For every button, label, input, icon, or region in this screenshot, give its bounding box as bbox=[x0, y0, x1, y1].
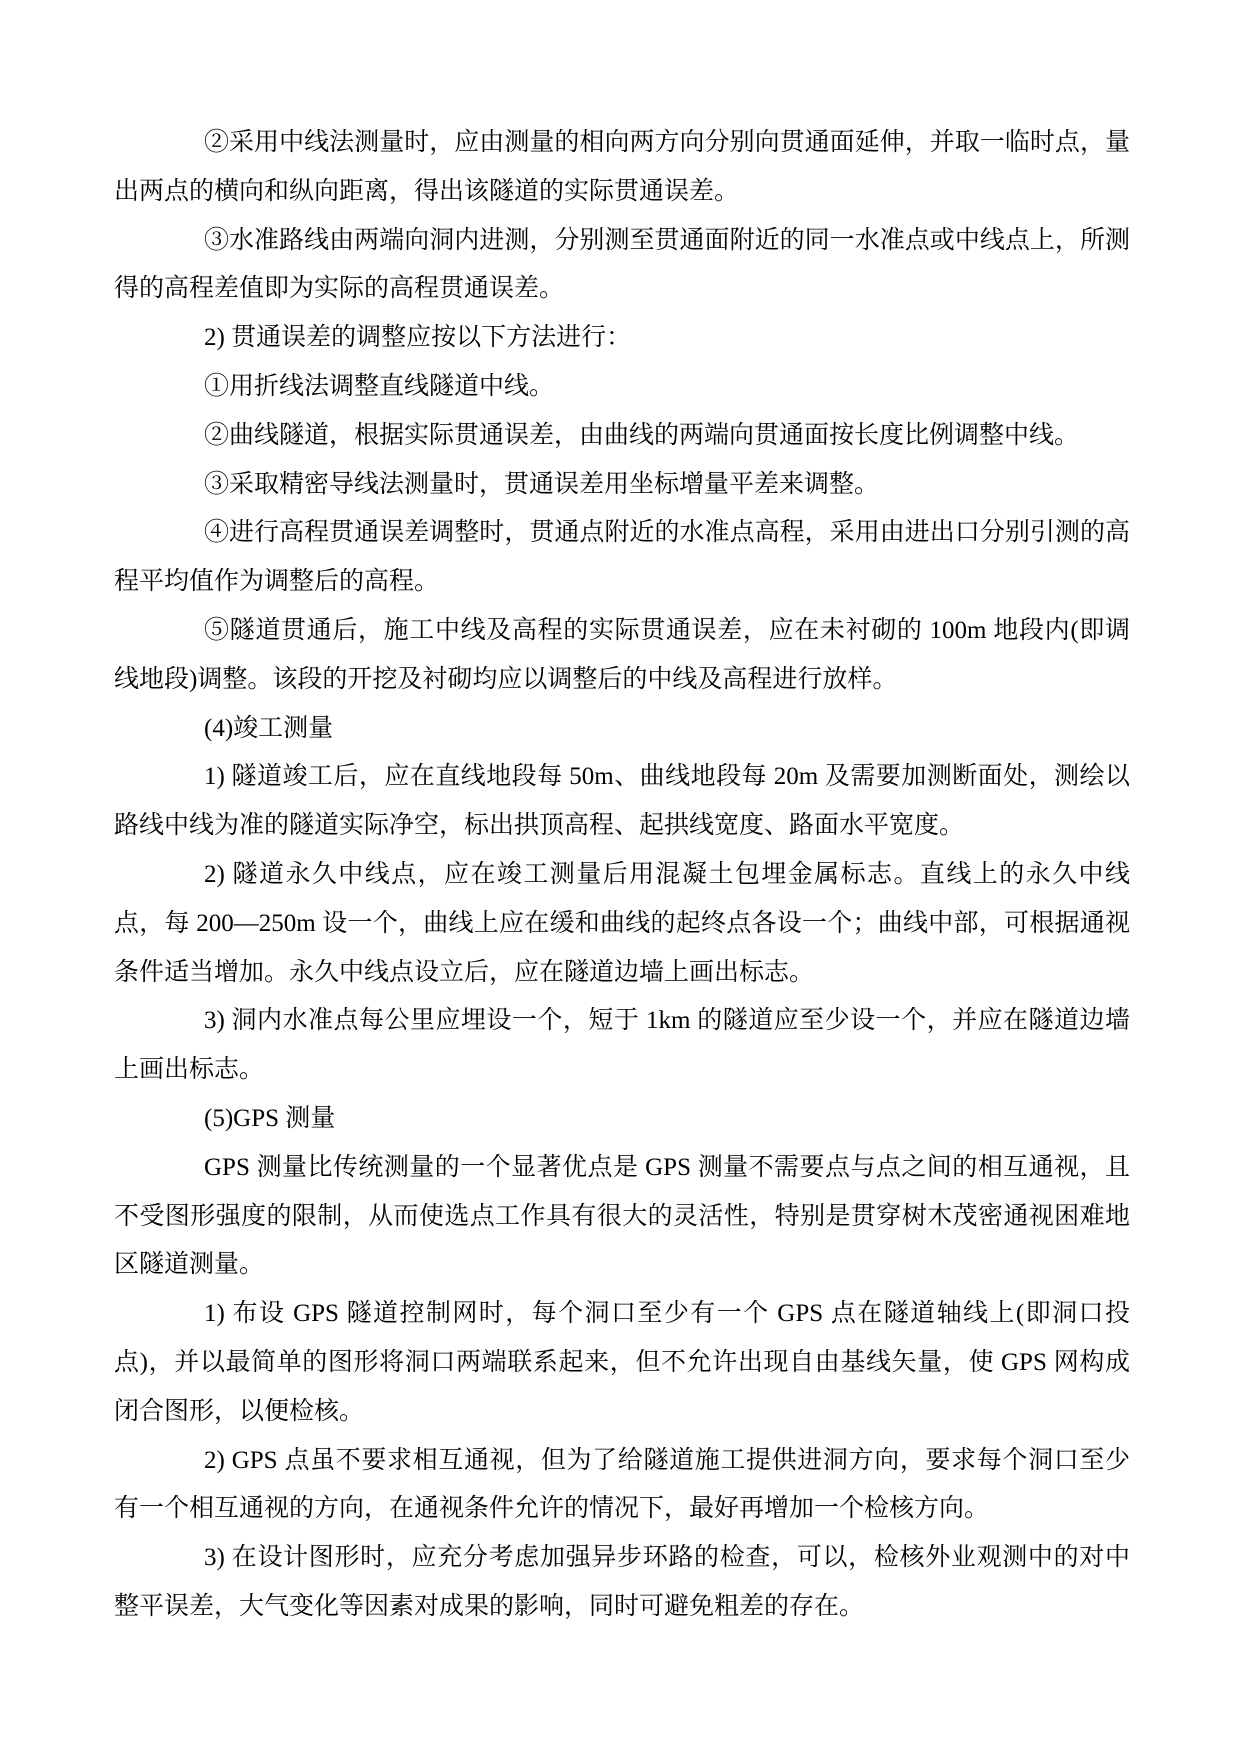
paragraph: GPS 测量比传统测量的一个显著优点是 GPS 测量不需要点与点之间的相互通视，… bbox=[114, 1144, 1130, 1290]
paragraph: ②曲线隧道，根据实际贯通误差，由曲线的两端向贯通面按长度比例调整中线。 bbox=[114, 412, 1130, 461]
paragraph: (4)竣工测量 bbox=[114, 705, 1130, 754]
paragraph: ③采取精密导线法测量时，贯通误差用坐标增量平差来调整。 bbox=[114, 461, 1130, 510]
paragraph: ①用折线法调整直线隧道中线。 bbox=[114, 363, 1130, 412]
paragraph: 2) GPS 点虽不要求相互通视，但为了给隧道施工提供进洞方向，要求每个洞口至少… bbox=[114, 1437, 1130, 1535]
paragraph: ⑤隧道贯通后，施工中线及高程的实际贯通误差，应在未衬砌的 100m 地段内(即调… bbox=[114, 607, 1130, 705]
document-page: ②采用中线法测量时，应由测量的相向两方向分别向贯通面延伸，并取一临时点，量出两点… bbox=[0, 0, 1241, 1754]
paragraph: ③水准路线由两端向洞内进测，分别测至贯通面附近的同一水准点或中线点上，所测得的高… bbox=[114, 217, 1130, 315]
paragraph: 2) 隧道永久中线点，应在竣工测量后用混凝土包埋金属标志。直线上的永久中线点，每… bbox=[114, 851, 1130, 997]
paragraph: ②采用中线法测量时，应由测量的相向两方向分别向贯通面延伸，并取一临时点，量出两点… bbox=[114, 119, 1130, 217]
paragraph: 1) 布设 GPS 隧道控制网时，每个洞口至少有一个 GPS 点在隧道轴线上(即… bbox=[114, 1290, 1130, 1436]
paragraph: ④进行高程贯通误差调整时，贯通点附近的水准点高程，采用由进出口分别引测的高程平均… bbox=[114, 509, 1130, 607]
paragraph: (5)GPS 测量 bbox=[114, 1095, 1130, 1144]
document-text-body: ②采用中线法测量时，应由测量的相向两方向分别向贯通面延伸，并取一临时点，量出两点… bbox=[114, 119, 1130, 1632]
paragraph: 2) 贯通误差的调整应按以下方法进行： bbox=[114, 314, 1130, 363]
paragraph: 3) 在设计图形时，应充分考虑加强异步环路的检查，可以，检核外业观测中的对中整平… bbox=[114, 1534, 1130, 1632]
paragraph: 1) 隧道竣工后，应在直线地段每 50m、曲线地段每 20m 及需要加测断面处，… bbox=[114, 753, 1130, 851]
paragraph: 3) 洞内水准点每公里应埋设一个，短于 1km 的隧道应至少设一个，并应在隧道边… bbox=[114, 997, 1130, 1095]
